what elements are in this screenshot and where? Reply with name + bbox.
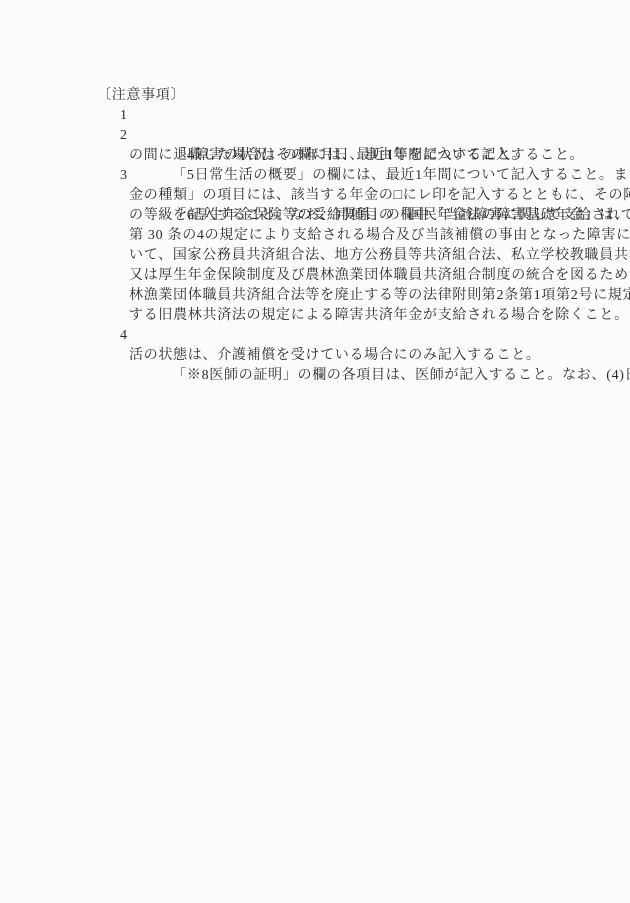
note-number-3: 3: [120, 166, 128, 186]
note-item-3: 3 「6厚生年金保険等の受給関係」の欄中「当該障害に関して支給されている年: [0, 166, 630, 186]
note-text: 金の種類」の項目には、該当する年金の□にレ印を記入するとともに、その障害: [0, 186, 630, 206]
note-number-4: 4: [120, 326, 128, 346]
document-page: 〔注意事項〕 1 「4障害の状況」の欄には、最近1年間について記入すること。 2…: [0, 0, 630, 903]
note-item-1: 1 「4障害の状況」の欄には、最近1年間について記入すること。: [0, 106, 630, 126]
notes-section: 〔注意事項〕 1 「4障害の状況」の欄には、最近1年間について記入すること。 2…: [0, 86, 630, 366]
notes-heading: 〔注意事項〕: [0, 86, 630, 106]
note-item-2: 2 「5日常生活の概要」の欄には、最近1年間について記入すること。また、こ: [0, 126, 630, 146]
note-text: 活の状態は、介護補償を受けている場合にのみ記入すること。: [0, 346, 630, 366]
note-text: 「4障害の状況」の欄には、最近1年間について記入すること。: [172, 148, 584, 163]
note-text: する旧農林共済法の規定による障害共済年金が支給される場合を除くこと。: [0, 306, 630, 326]
note-text: いて、国家公務員共済組合法、地方公務員等共済組合法、私立学校教職員共済法: [0, 246, 630, 266]
note-number-2: 2: [120, 126, 128, 146]
note-text: 「6厚生年金保険等の受給関係」の欄中「当該障害に関して支給されている年: [172, 208, 630, 223]
note-number-1: 1: [120, 106, 128, 126]
note-item-4: 4 「※8医師の証明」の欄の各項目は、医師が記入すること。なお、(4)日常生: [0, 326, 630, 346]
note-text: 「※8医師の証明」の欄の各項目は、医師が記入すること。なお、(4)日常生: [172, 368, 630, 383]
note-text: 林漁業団体職員共済組合法等を廃止する等の法律附則第2条第1項第2号に規定: [0, 286, 630, 306]
note-text: 第 30 条の4の規定により支給される場合及び当該補償の事由となった障害につ: [0, 226, 630, 246]
note-text: 又は厚生年金保険制度及び農林漁業団体職員共済組合制度の統合を図るための農: [0, 266, 630, 286]
